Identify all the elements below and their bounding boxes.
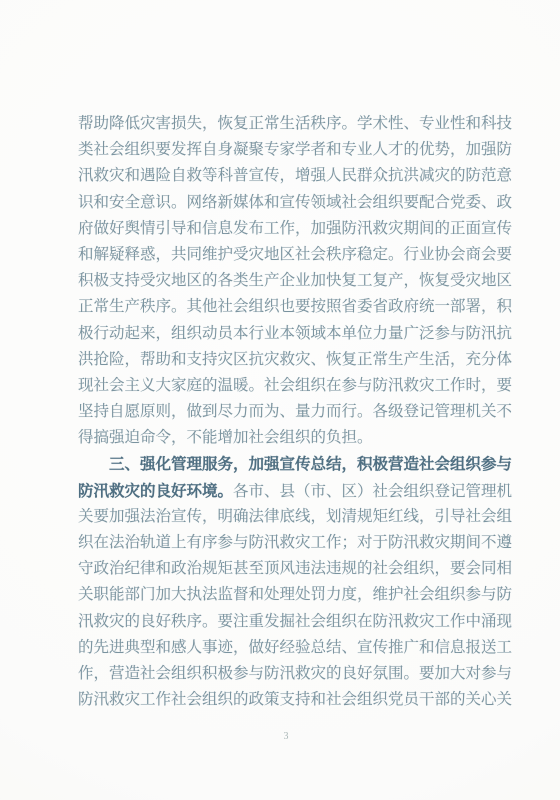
text-line: 积极支持受灾地区的各类生产企业加快复工复产，恢复受灾地区 [78, 268, 514, 294]
text-line: 和解疑释惑，共同维护受灾地区社会秩序稳定。行业协会商会要 [78, 242, 514, 268]
body-text: 类社会组织要发挥自身凝聚专家学者和专业人才的优势，加强防 [78, 141, 512, 158]
page-number: 3 [0, 730, 560, 744]
text-line: 洪抢险，帮助和支持灾区抗灾救灾、恢复正常生产生活，充分体 [78, 347, 514, 373]
text-line-heading: 三、强化管理服务，加强宣传总结，积极营造社会组织参与 [78, 451, 514, 477]
body-text: 洪抢险，帮助和支持灾区抗灾救灾、恢复正常生产生活，充分体 [78, 351, 512, 368]
text-line: 关职能部门加大执法监督和处理处罚力度，维护社会组织参与防 [78, 582, 514, 608]
text-line: 关要加强法治宣传，明确法律底线，划清规矩红线，引导社会组 [78, 504, 514, 530]
body-text: 识和安全意识。网络新媒体和宣传领域社会组织要配合党委、政 [78, 194, 512, 211]
body-text: 现社会主义大家庭的温暖。社会组织在参与防汛救灾工作时，要 [78, 377, 512, 394]
text-line: 的先进典型和感人事迹，做好经验总结、宣传推广和信息报送工 [78, 635, 514, 661]
text-line: 类社会组织要发挥自身凝聚专家学者和专业人才的优势，加强防 [78, 137, 514, 163]
body-text: 各市、县（市、区）社会组织登记管理机 [233, 483, 512, 500]
text-line: 汛救灾的良好秩序。要注重发掘社会组织在防汛救灾工作中涌现 [78, 609, 514, 635]
section-heading-text: 三、强化管理服务，加强宣传总结，积极营造社会组织参与 [109, 455, 512, 473]
body-text: 织在法治轨道上有序参与防汛救灾工作；对于防汛救灾期间不遵 [78, 534, 512, 551]
text-line: 帮助降低灾害损失，恢复正常生活秩序。学术性、专业性和科技 [78, 111, 514, 137]
body-text: 积极支持受灾地区的各类生产企业加快复工复产，恢复受灾地区 [78, 272, 512, 289]
body-text: 坚持自愿原则，做到尽力而为、量力而行。各级登记管理机关不 [78, 403, 512, 420]
text-line: 识和安全意识。网络新媒体和宣传领域社会组织要配合党委、政 [78, 190, 514, 216]
text-line: 织在法治轨道上有序参与防汛救灾工作；对于防汛救灾期间不遵 [78, 530, 514, 556]
section-heading-text: 防汛救灾的良好环境。 [78, 482, 233, 500]
document-body: 帮助降低灾害损失，恢复正常生活秩序。学术性、专业性和科技类社会组织要发挥自身凝聚… [78, 111, 514, 713]
text-line: 防汛救灾工作社会组织的政策支持和社会组织党员干部的关心关 [78, 687, 514, 713]
document-page: 帮助降低灾害损失，恢复正常生活秩序。学术性、专业性和科技类社会组织要发挥自身凝聚… [0, 0, 560, 800]
text-line: 坚持自愿原则，做到尽力而为、量力而行。各级登记管理机关不 [78, 399, 514, 425]
body-text: 府做好舆情引导和信息发布工作，加强防汛救灾期间的正面宣传 [78, 220, 512, 237]
text-line: 府做好舆情引导和信息发布工作，加强防汛救灾期间的正面宣传 [78, 216, 514, 242]
text-line: 得搞强迫命令，不能增加社会组织的负担。 [78, 425, 514, 451]
body-text: 关职能部门加大执法监督和处理处罚力度，维护社会组织参与防 [78, 586, 512, 603]
text-line: 作，营造社会组织积极参与防汛救灾的良好氛围。要加大对参与 [78, 661, 514, 687]
text-line: 正常生产秩序。其他社会组织也要按照省委省政府统一部署，积 [78, 294, 514, 320]
body-text: 守政治纪律和政治规矩甚至顶风违法违规的社会组织，要会同相 [78, 560, 512, 577]
text-line: 汛救灾和遇险自救等科普宣传，增强人民群众抗洪减灾的防范意 [78, 163, 514, 189]
body-text: 和解疑释惑，共同维护受灾地区社会秩序稳定。行业协会商会要 [78, 246, 512, 263]
body-text: 作，营造社会组织积极参与防汛救灾的良好氛围。要加大对参与 [78, 665, 512, 682]
body-text: 帮助降低灾害损失，恢复正常生活秩序。学术性、专业性和科技 [78, 115, 512, 132]
body-text: 得搞强迫命令，不能增加社会组织的负担。 [78, 429, 373, 446]
body-text: 的先进典型和感人事迹，做好经验总结、宣传推广和信息报送工 [78, 639, 512, 656]
text-line-heading: 防汛救灾的良好环境。各市、县（市、区）社会组织登记管理机 [78, 478, 514, 504]
text-line: 守政治纪律和政治规矩甚至顶风违法违规的社会组织，要会同相 [78, 556, 514, 582]
body-text: 关要加强法治宣传，明确法律底线，划清规矩红线，引导社会组 [78, 508, 512, 525]
body-text: 汛救灾的良好秩序。要注重发掘社会组织在防汛救灾工作中涌现 [78, 613, 512, 630]
body-text: 汛救灾和遇险自救等科普宣传，增强人民群众抗洪减灾的防范意 [78, 167, 512, 184]
text-line: 现社会主义大家庭的温暖。社会组织在参与防汛救灾工作时，要 [78, 373, 514, 399]
body-text: 正常生产秩序。其他社会组织也要按照省委省政府统一部署，积 [78, 298, 512, 315]
body-text: 防汛救灾工作社会组织的政策支持和社会组织党员干部的关心关 [78, 691, 512, 708]
body-text: 极行动起来，组织动员本行业本领域本单位力量广泛参与防汛抗 [78, 325, 512, 342]
text-line: 极行动起来，组织动员本行业本领域本单位力量广泛参与防汛抗 [78, 321, 514, 347]
